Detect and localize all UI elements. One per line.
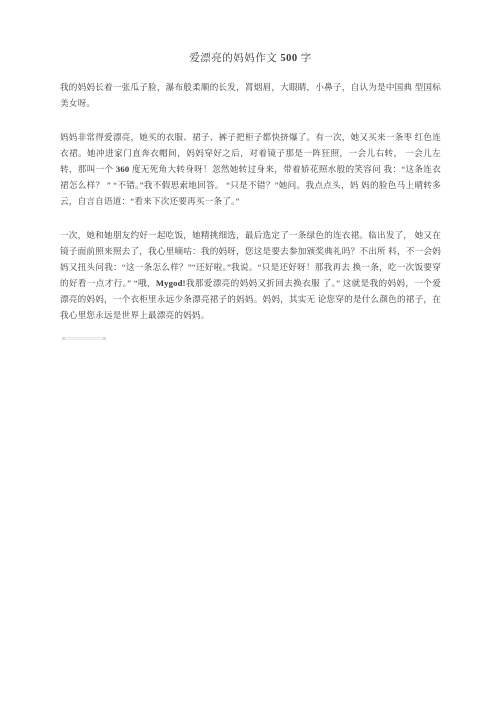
paragraph-intro-text: 我的妈妈长着一张瓜子脸，瀑布般柔顺的长发，罥烟眉，大眼睛，小鼻子，自认为是中国典… [60,82,441,108]
paragraph-dress-story: 妈妈非常得爱漂亮，她买的衣服、裙子、裤子把柜子都快挤爆了。有一次，她又买来一条枣… [60,129,441,209]
paragraph-intro: 我的妈妈长着一张瓜子脸，瀑布般柔顺的长发，罥烟眉，大眼睛，小鼻子，自认为是中国典… [60,79,441,111]
essay-title: 爱漂亮的妈妈作文 500 字 [60,52,441,66]
bold-number-360: 360 [116,164,130,174]
paragraph-dinner-story: 一次，她和她朋友约好一起吃饭，她精挑细选，最后选定了一条绿色的连衣裙。临出发了，… [60,227,441,323]
essay-title-word-count: 500 [280,53,297,64]
essay-title-text: 爱漂亮的妈妈作文 [189,53,280,64]
bold-mygod-exclamation: Mygod! [156,278,186,288]
document-page: 爱漂亮的妈妈作文 500 字 我的妈妈长着一张瓜子脸，瀑布般柔顺的长发，罥烟眉，… [0,0,500,707]
essay-content: 爱漂亮的妈妈作文 500 字 我的妈妈长着一张瓜子脸，瀑布般柔顺的长发，罥烟眉，… [60,52,441,341]
essay-title-suffix: 字 [298,53,312,64]
faint-divider [64,337,104,340]
